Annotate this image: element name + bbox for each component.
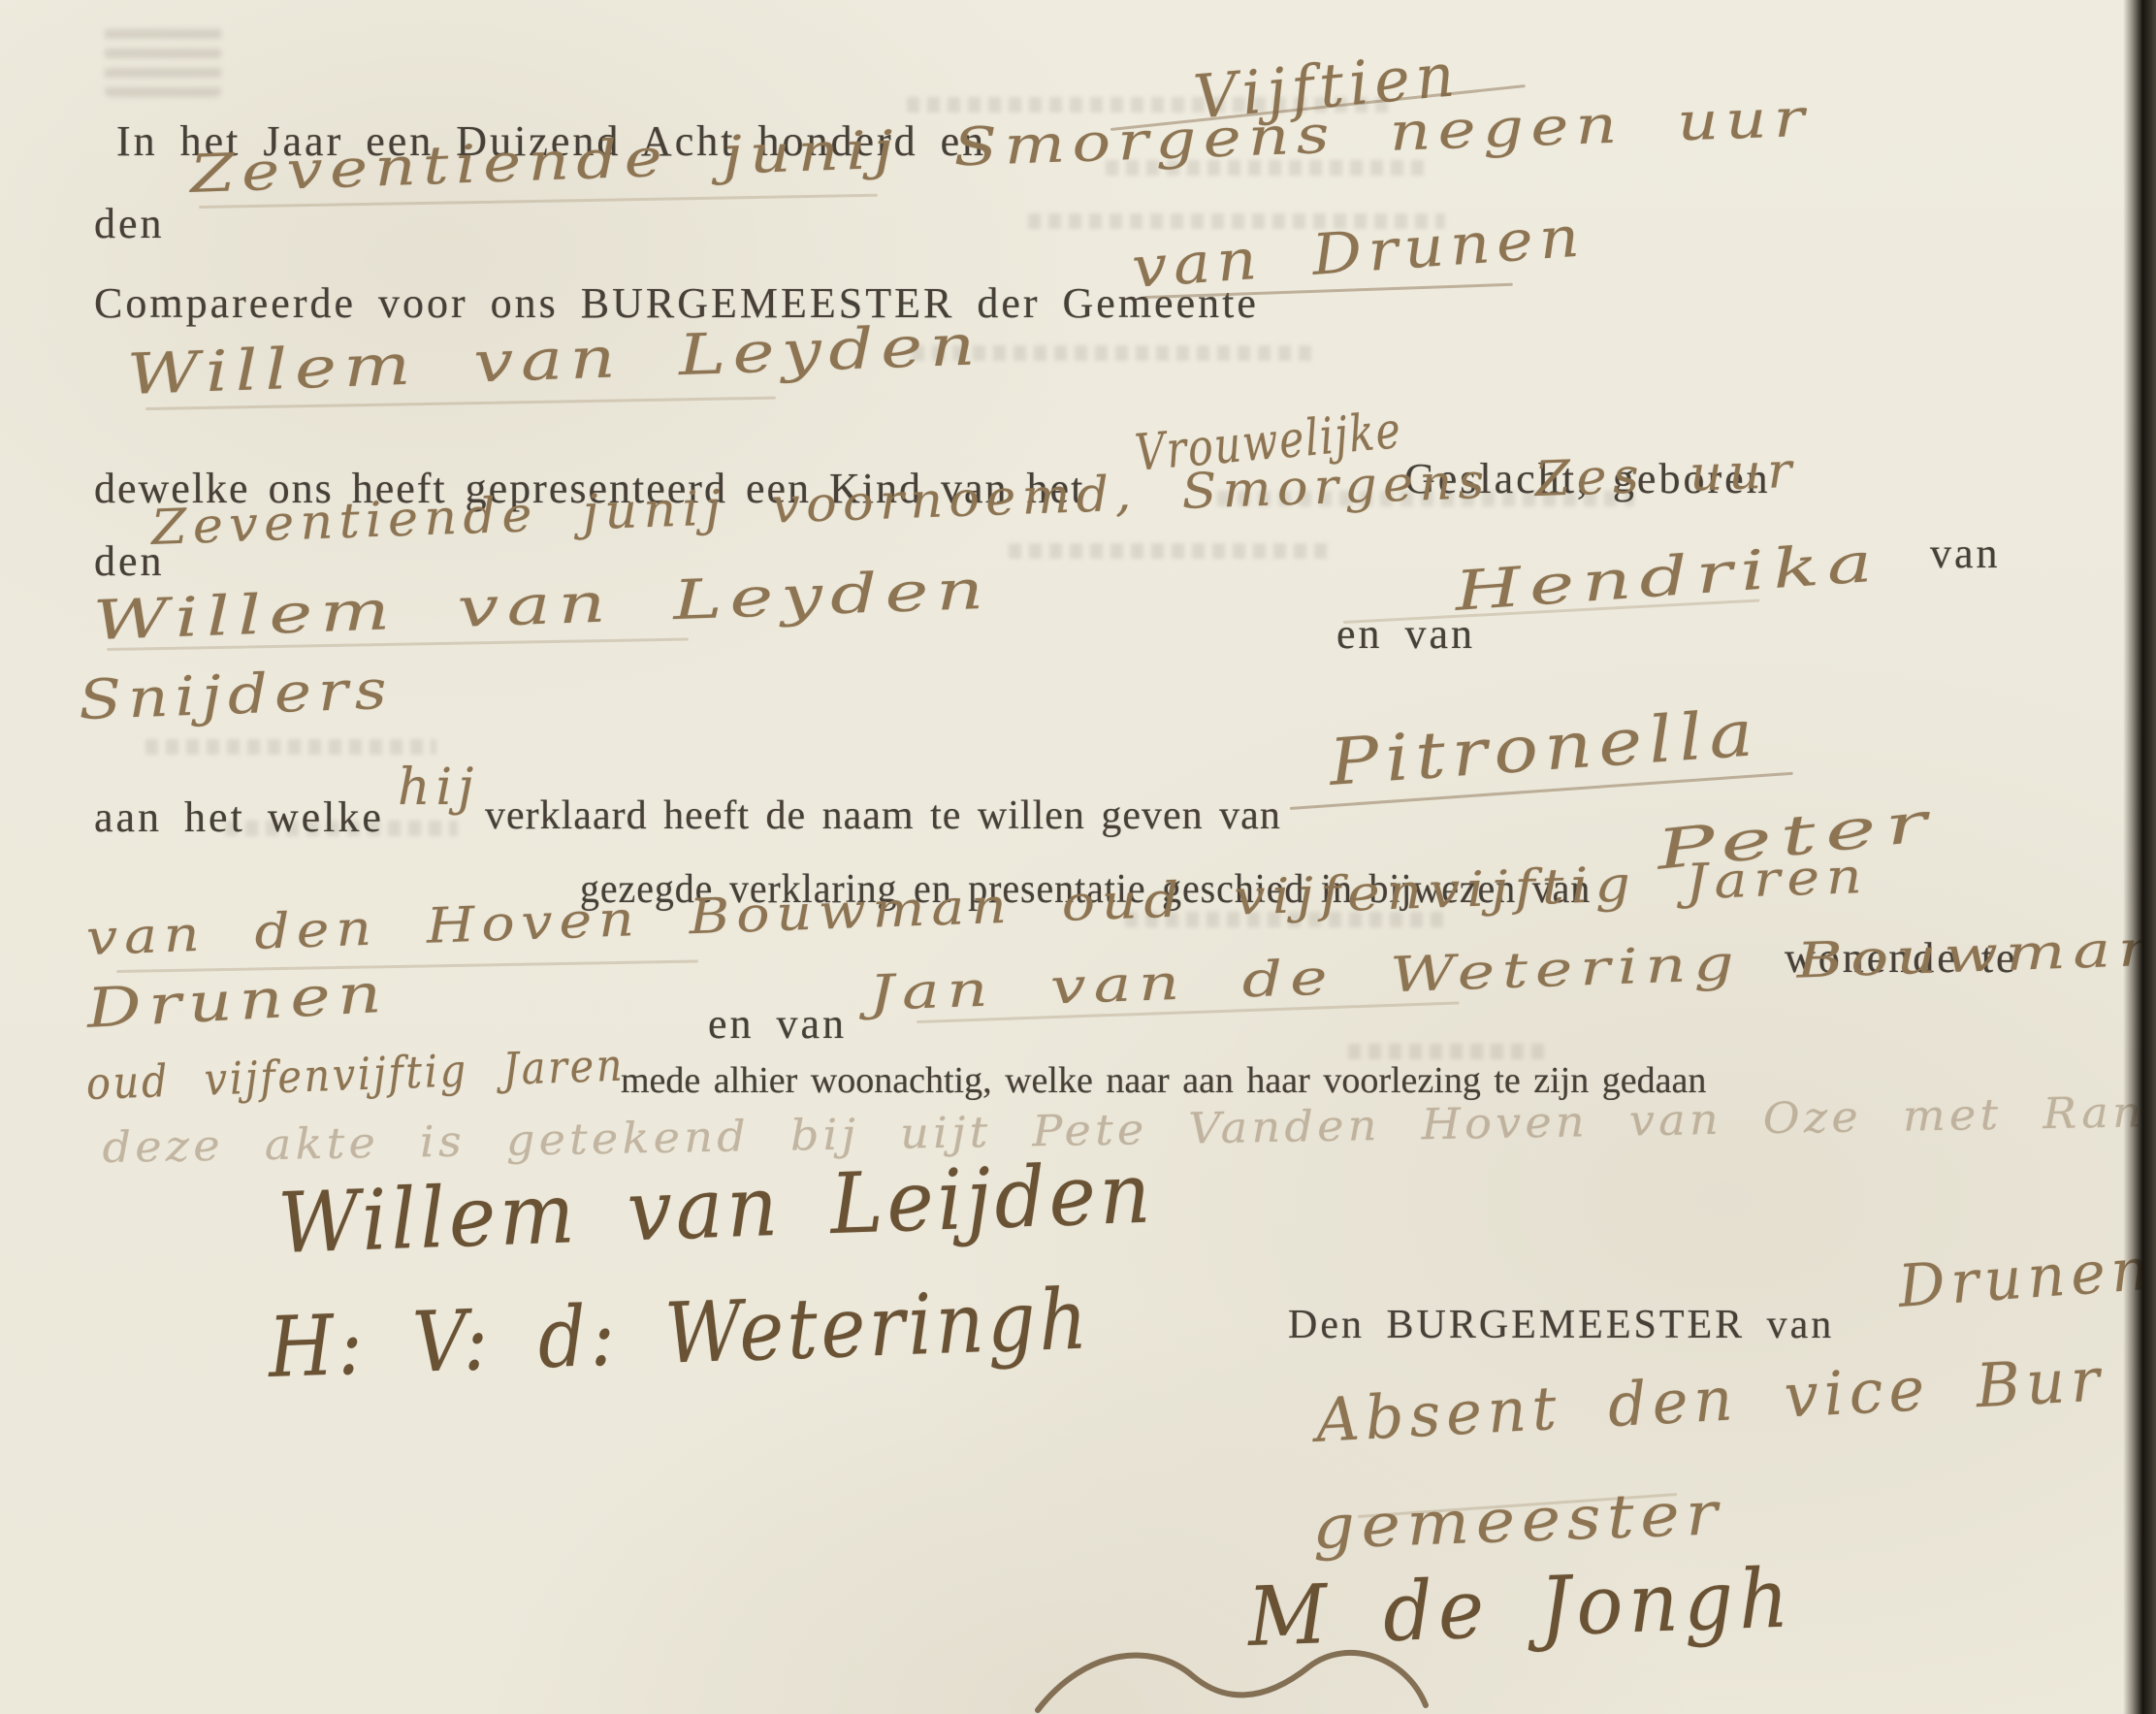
bleed-through	[145, 739, 436, 755]
bleed-through	[105, 21, 221, 97]
hand-mother-surname: Snijders	[78, 659, 395, 732]
hand-witness1-residence: Drunen	[85, 962, 390, 1041]
printed-naming-b: verklaard heeft de naam te willen geven …	[485, 792, 1281, 839]
bleed-through	[1348, 1044, 1552, 1059]
printed-van: van	[1930, 529, 2001, 578]
hand-absent-line2: gemeester	[1311, 1477, 1724, 1563]
printed-en-van-2: en van	[708, 999, 847, 1049]
printed-den: den	[94, 199, 165, 248]
hand-hij: hij	[398, 759, 479, 817]
bleed-through	[1009, 543, 1329, 559]
document-scan: In het Jaar een Duizend Acht honderd en …	[0, 0, 2156, 1714]
hand-child-name: Pitronella	[1327, 695, 1762, 800]
hand-witness2-name: Jan van de Wetering Bouwman	[868, 920, 2156, 1021]
hand-mother-firstname: Hendrika	[1453, 531, 1882, 623]
signature-witness: H: V: d: Weteringh	[267, 1271, 1092, 1397]
hand-closing-place: Drunen	[1896, 1236, 2156, 1321]
hand-birth-date-time: Zeventiende junij voornoemd, Smorgens Ze…	[150, 442, 1799, 556]
printed-naming-a: aan het welke	[94, 792, 384, 842]
page-edge	[2123, 0, 2156, 1714]
hand-father-name: Willem van Leyden	[92, 559, 992, 653]
hand-witness2-age: oud vijfenvijftig Jaren	[85, 1039, 626, 1110]
hand-absent-line1: Absent den vice Bur	[1314, 1343, 2107, 1456]
cut-off-signature-flourish	[1028, 1637, 1435, 1714]
printed-burgemeester-van: Den BURGEMEESTER van	[1288, 1302, 1834, 1348]
printed-appearance: Compareerde voor ons BURGEMEESTER der Ge…	[94, 278, 1259, 328]
printed-closing: mede alhier woonachtig, welke naar aan h…	[621, 1059, 1706, 1102]
